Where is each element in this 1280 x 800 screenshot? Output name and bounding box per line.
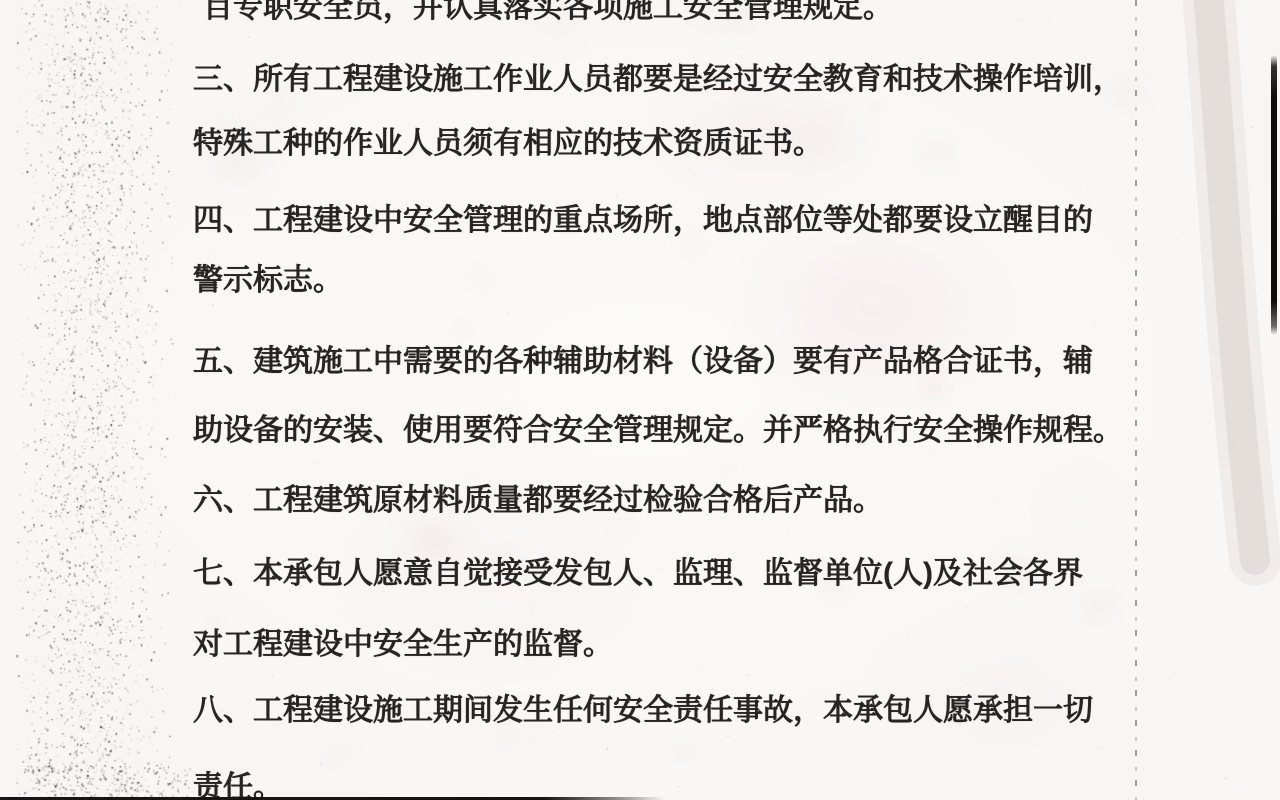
document-line: 八、工程建设施工期间发生任何安全责任事故，本承包人愿承担一切 (193, 696, 1093, 726)
document-line: 对工程建设中安全生产的监督。 (193, 630, 613, 660)
document-line: 三、所有工程建设施工作业人员都要是经过安全教育和技术操作培训， (193, 65, 1123, 95)
document-line: 目专职安全员，并认真落实各项施工安全管理规定。 (203, 0, 893, 23)
document-line: 特殊工种的作业人员须有相应的技术资质证书。 (193, 129, 823, 159)
document-line: 七、本承包人愿意自觉接受发包人、监理、监督单位(人)及社会各界 (193, 559, 1083, 589)
scan-edge-bar-artifact (1271, 55, 1277, 335)
document-text-block: 目专职安全员，并认真落实各项施工安全管理规定。 三、所有工程建设施工作业人员都要… (0, 0, 1280, 800)
fold-dashed-line-artifact (1135, 0, 1137, 800)
document-line: 五、建筑施工中需要的各种辅助材料（设备）要有产品格合证书，辅 (193, 347, 1093, 377)
document-line: 警示标志。 (193, 266, 343, 296)
scanned-document-page: 目专职安全员，并认真落实各项施工安全管理规定。 三、所有工程建设施工作业人员都要… (0, 0, 1280, 800)
document-line: 责任。 (193, 773, 283, 800)
document-line: 四、工程建设中安全管理的重点场所，地点部位等处都要设立醒目的 (193, 206, 1093, 236)
document-line: 六、工程建筑原材料质量都要经过检验合格后产品。 (193, 486, 883, 516)
document-line: 助设备的安装、使用要符合安全管理规定。并严格执行安全操作规程。 (193, 416, 1123, 446)
